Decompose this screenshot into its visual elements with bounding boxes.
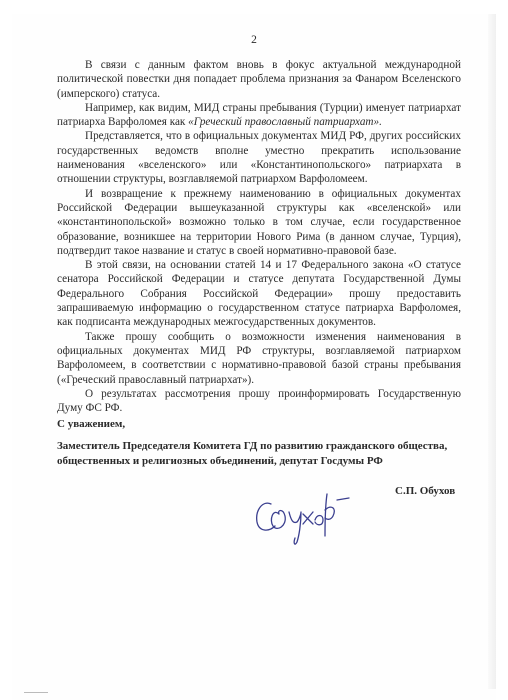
- paragraph-5: В этой связи, на основании статей 14 и 1…: [57, 258, 461, 329]
- page-number: 2: [0, 34, 508, 46]
- italic-quote: «Греческий православный патриархат».: [188, 116, 382, 128]
- paragraph-1: В связи с данным фактом вновь в фокус ак…: [57, 58, 461, 101]
- paragraph-2: Например, как видим, МИД страны пребыван…: [57, 101, 461, 130]
- handwritten-signature-icon: [245, 478, 365, 553]
- page-edge: [488, 14, 496, 689]
- paragraph-7: О результатах рассмотрения прошу проинфо…: [57, 387, 461, 416]
- paragraph-6: Также прошу сообщить о возможности измен…: [57, 330, 461, 387]
- signer-name: С.П. Обухов: [395, 485, 455, 497]
- paragraph-4: И возвращение к прежнему наименованию в …: [57, 187, 461, 258]
- scan-edge-mark: [24, 692, 48, 693]
- letter-body: В связи с данным фактом вновь в фокус ак…: [57, 58, 461, 415]
- closing-salutation: С уважением,: [57, 418, 125, 430]
- paragraph-3: Представляется, что в официальных докуме…: [57, 129, 461, 186]
- signer-position: Заместитель Председателя Комитета ГД по …: [57, 439, 467, 468]
